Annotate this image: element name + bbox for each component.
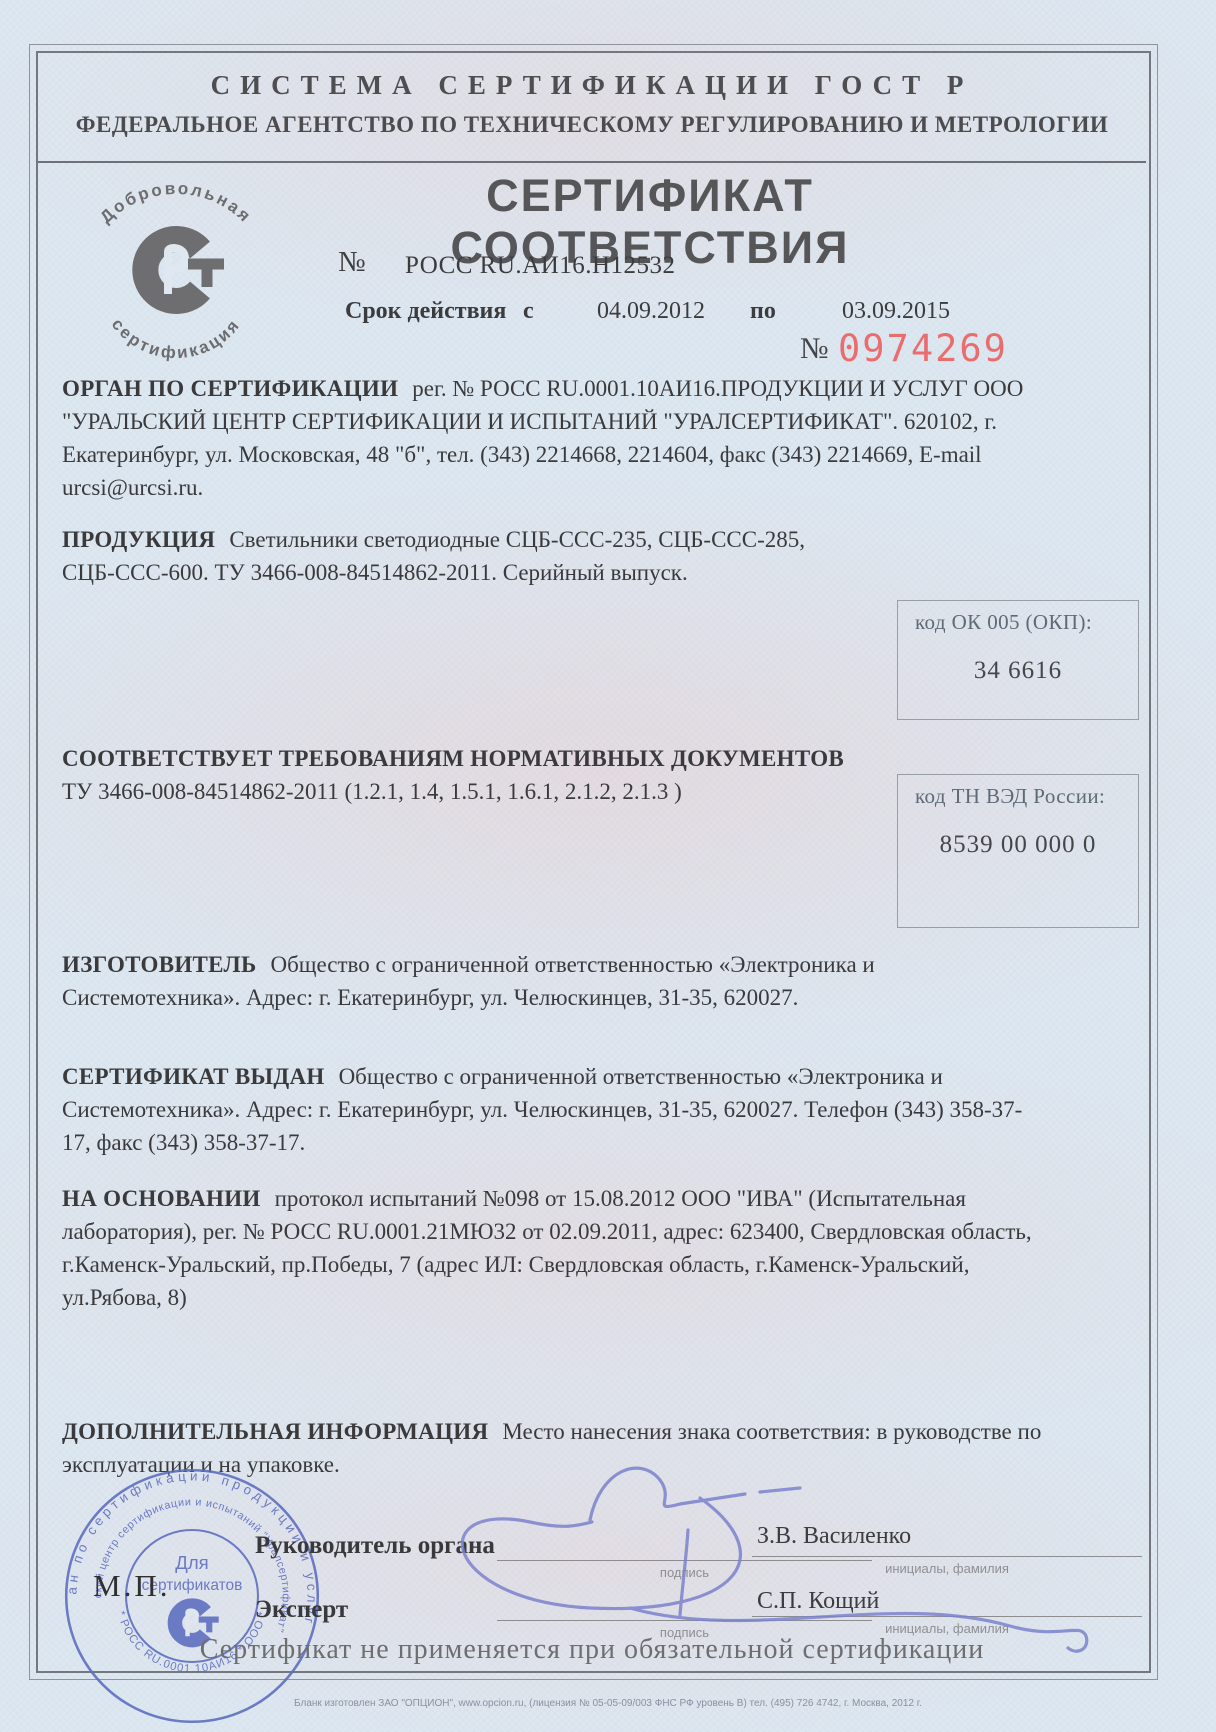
- section-label: НА ОСНОВАНИИ: [62, 1186, 261, 1211]
- validity-to-label: по: [750, 298, 776, 325]
- validity-label: Срок действия: [345, 298, 506, 325]
- section-label: ОРГАН ПО СЕРТИФИКАЦИИ: [62, 376, 398, 401]
- section-manufacturer: ИЗГОТОВИТЕЛЬОбщество с ограниченной отве…: [62, 948, 1017, 1014]
- validity-date-to: 03.09.2015: [842, 298, 950, 325]
- section-label: ПРОДУКЦИЯ: [62, 527, 215, 552]
- logo-arc-bottom-text: сертификация: [108, 315, 244, 363]
- section-complies: СООТВЕТСТВУЕТ ТРЕБОВАНИЯМ НОРМАТИВНЫХ ДО…: [62, 742, 887, 808]
- section-certification-body: ОРГАН ПО СЕРТИФИКАЦИИрег. № РОСС RU.0001…: [62, 372, 1037, 504]
- section-text: ТУ 3466-008-84514862-2011 (1.2.1, 1.4, 1…: [62, 779, 682, 804]
- form-number-sign: №: [800, 332, 829, 366]
- validity-from-label: с: [523, 298, 534, 325]
- okp-code-value: 34 6616: [898, 657, 1138, 685]
- svg-text:Добровольная: Добровольная: [96, 179, 255, 227]
- rst-mark-icon: [145, 239, 224, 301]
- tnved-code-label: код ТН ВЭД России:: [898, 775, 1138, 809]
- certificate-page: СИСТЕМА СЕРТИФИКАЦИИ ГОСТ Р ФЕДЕРАЛЬНОЕ …: [0, 0, 1216, 1732]
- rst-voluntary-logo-icon: Добровольная сертификация: [70, 166, 282, 366]
- header-divider: [38, 161, 1146, 163]
- section-label: ИЗГОТОВИТЕЛЬ: [62, 952, 256, 977]
- stamp-center-top-text: Для: [175, 1552, 208, 1573]
- cert-number: РОСС RU.АИ16.Н12532: [405, 252, 676, 280]
- tnved-code-box: код ТН ВЭД России: 8539 00 000 0: [897, 774, 1139, 928]
- okp-code-label: код ОК 005 (ОКП):: [898, 601, 1138, 635]
- section-product: ПРОДУКЦИЯСветильники светодиодные СЦБ-СС…: [62, 523, 827, 589]
- section-basis: НА ОСНОВАНИИпротокол испытаний №098 от 1…: [62, 1182, 1047, 1314]
- blank-manufacturer-fine-print: Бланк изготовлен ЗАО "ОПЦИОН", www.opcio…: [0, 1698, 1216, 1709]
- section-label: СЕРТИФИКАТ ВЫДАН: [62, 1064, 325, 1089]
- agency-line: ФЕДЕРАЛЬНОЕ АГЕНТСТВО ПО ТЕХНИЧЕСКОМУ РЕ…: [38, 112, 1146, 138]
- okp-code-box: код ОК 005 (ОКП): 34 6616: [897, 600, 1139, 720]
- cert-number-sign: №: [338, 246, 366, 279]
- tnved-code-value: 8539 00 000 0: [898, 831, 1138, 859]
- stamp-place-label: М.П.: [93, 1568, 170, 1604]
- section-issued-to: СЕРТИФИКАТ ВЫДАНОбщество с ограниченной …: [62, 1060, 1047, 1159]
- system-line: СИСТЕМА СЕРТИФИКАЦИИ ГОСТ Р: [38, 70, 1146, 101]
- not-for-mandatory-note: Сертификат не применяется при обязательн…: [37, 1634, 1147, 1666]
- form-number: 0974269: [838, 327, 1008, 370]
- svg-text:сертификация: сертификация: [108, 315, 244, 363]
- section-label: СООТВЕТСТВУЕТ ТРЕБОВАНИЯМ НОРМАТИВНЫХ ДО…: [62, 742, 887, 775]
- validity-date-from: 04.09.2012: [597, 298, 705, 325]
- logo-arc-top-text: Добровольная: [96, 179, 255, 227]
